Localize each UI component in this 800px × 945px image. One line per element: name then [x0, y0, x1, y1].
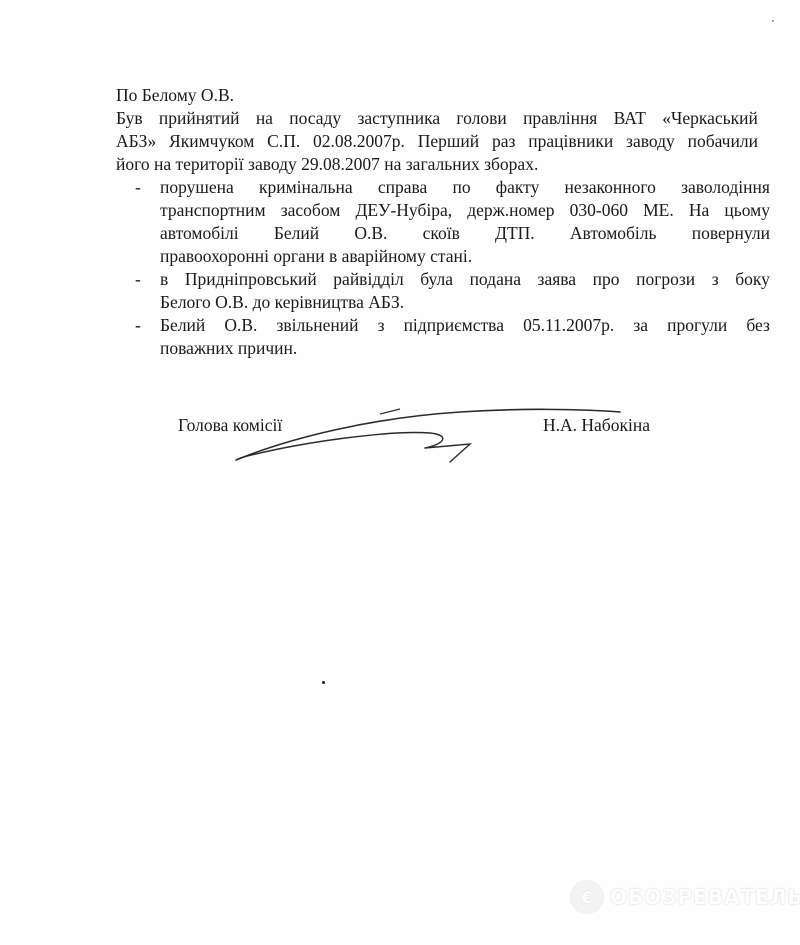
bullet-1-line-3: автомобіліБелийО.В.скоївДТП.Автомобільпо… — [160, 222, 770, 244]
word: автомобілі — [160, 222, 239, 244]
word: Автомобіль — [570, 222, 657, 244]
word: Був — [116, 107, 143, 129]
word: АБЗ» — [116, 130, 156, 152]
bullet-marker: - — [135, 268, 141, 290]
word: заводу — [626, 130, 675, 152]
word: Придніпровський — [185, 268, 317, 290]
word: повернули — [692, 222, 770, 244]
word: з — [712, 268, 719, 290]
word: з — [378, 314, 385, 336]
scanned-document-page: По Белому О.В. Бувприйнятийнапосадузасту… — [0, 0, 800, 945]
word: Перший — [418, 130, 479, 152]
word: посаду — [289, 107, 341, 129]
scan-speck — [322, 681, 325, 684]
word: голови — [456, 107, 506, 129]
word: заступника — [357, 107, 440, 129]
word: підприємства — [404, 314, 504, 336]
word: порушена — [160, 176, 234, 198]
word: раз — [492, 130, 515, 152]
word: кримінальна — [259, 176, 353, 198]
paragraph-line-3: його на території заводу 29.08.2007 на з… — [116, 153, 538, 175]
word: побачили — [688, 130, 758, 152]
word: без — [746, 314, 770, 336]
word: Белий — [160, 314, 205, 336]
word: скоїв — [423, 222, 460, 244]
paragraph-line-2: АБЗ»ЯкимчукомС.П.02.08.2007р.Першийразпр… — [116, 130, 758, 152]
word: Белий — [274, 222, 319, 244]
word: ВАТ — [614, 107, 646, 129]
word: заволодіння — [681, 176, 770, 198]
document-heading: По Белому О.В. — [116, 84, 234, 106]
word: засобом — [281, 199, 341, 221]
word: по — [452, 176, 470, 198]
word: С.П. — [267, 130, 300, 152]
bullet-2-line-2: Белого О.В. до керівництва АБЗ. — [160, 291, 404, 313]
word: ДЕУ-Нубіра, — [355, 199, 452, 221]
word: в — [160, 268, 168, 290]
publisher-watermark: € ОБОЗРЕВАТЕЛЬ — [570, 880, 800, 914]
word: райвідділ — [333, 268, 403, 290]
word: О.В. — [224, 314, 257, 336]
word: 02.08.2007р. — [313, 130, 405, 152]
word: за — [633, 314, 648, 336]
bullet-marker: - — [135, 176, 141, 198]
bullet-2-line-1: вПридніпровськийрайвідділбулаподаназаява… — [160, 268, 770, 290]
word: транспортним — [160, 199, 266, 221]
bullet-marker: - — [135, 314, 141, 336]
word: «Черкаський — [662, 107, 758, 129]
bullet-1-line-4: правоохоронні органи в аварійному стані. — [160, 245, 472, 267]
word: боку — [735, 268, 770, 290]
word: МЕ. — [643, 199, 674, 221]
word: прийнятий — [159, 107, 240, 129]
word: ДТП. — [495, 222, 535, 244]
word: О.В. — [354, 222, 387, 244]
word: справа — [378, 176, 427, 198]
bullet-1-line-2: транспортнимзасобомДЕУ-Нубіра,держ.номер… — [160, 199, 770, 221]
word: прогули — [667, 314, 727, 336]
publisher-logo-icon: € — [570, 880, 604, 914]
word: подана — [470, 268, 521, 290]
bullet-3-line-1: БелийО.В.звільненийзпідприємства05.11.20… — [160, 314, 770, 336]
word: цьому — [724, 199, 770, 221]
scan-speck — [772, 20, 774, 22]
word: звільнений — [277, 314, 359, 336]
word: держ.номер — [467, 199, 554, 221]
word: факту — [496, 176, 540, 198]
word: на — [256, 107, 273, 129]
word: була — [420, 268, 453, 290]
word: 030-060 — [570, 199, 628, 221]
publisher-watermark-text: ОБОЗРЕВАТЕЛЬ — [610, 885, 800, 909]
paragraph-line-1: Бувприйнятийнапосадузаступникаголовиправ… — [116, 107, 758, 129]
word: незаконного — [565, 176, 656, 198]
word: заява — [538, 268, 577, 290]
word: погрози — [636, 268, 695, 290]
bullet-1-line-1: порушенакримінальнасправапофактунезаконн… — [160, 176, 770, 198]
handwritten-signature-icon — [230, 400, 650, 470]
word: працівники — [528, 130, 613, 152]
word: про — [593, 268, 620, 290]
word: На — [689, 199, 709, 221]
word: Якимчуком — [169, 130, 254, 152]
word: правління — [523, 107, 597, 129]
word: 05.11.2007р. — [523, 314, 614, 336]
bullet-3-line-2: поважних причин. — [160, 337, 297, 359]
